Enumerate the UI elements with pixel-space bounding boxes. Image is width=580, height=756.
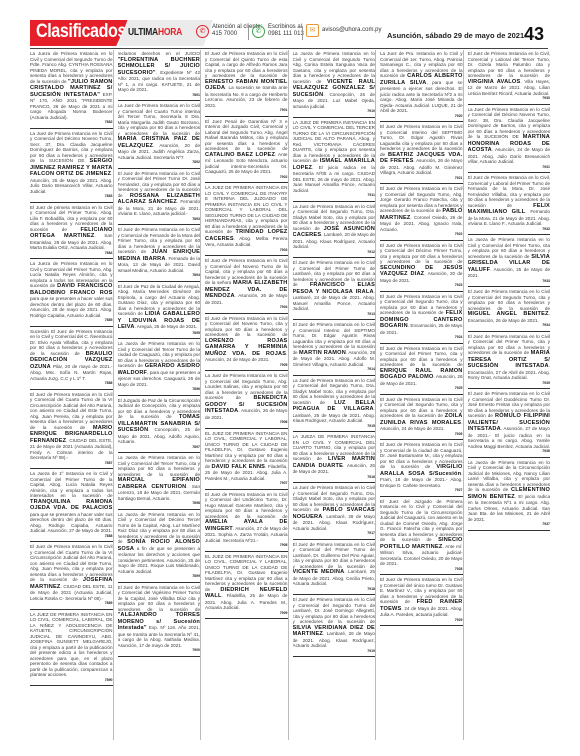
whatsapp-icon: ✆ [252, 25, 265, 38]
legal-notice: La Juez de Primera Instancia en lo Civil… [205, 372, 288, 429]
legal-notice: La Jueza de Primera Instancia en lo Civi… [30, 50, 113, 129]
legal-notice: El Juez de Primera Instancia en lo Civil… [293, 321, 376, 376]
legal-notice: El Juez de Primera Instancia en lo Civil… [205, 50, 288, 117]
legal-notice: El Juez de Primera Instancia en lo Civil… [468, 288, 551, 332]
notice-code: 7906 [205, 420, 288, 426]
notice-code: 7929 [380, 618, 463, 624]
section-title: Clasificados [36, 21, 126, 43]
legal-notice: La Jueza de Primera Instancia en lo Civi… [118, 511, 201, 583]
notice-code: 7933 [468, 279, 551, 285]
notice-code: 7907 [205, 481, 288, 487]
legal-notice: El Juez de Primera Instancia en lo Civil… [205, 257, 288, 314]
legal-notice: El Juez de Primera Instancia en lo Civil… [468, 50, 551, 105]
legal-notice: El Juez de Primera Instancia en lo Civil… [380, 242, 463, 292]
notice-code: 7923 [380, 283, 463, 289]
legal-notice: LA JUEZA DE PRIMERA INSTANCIA EN LO CIVI… [293, 433, 376, 483]
legal-notice: La Juez de Primera Instancia en lo Civil… [293, 377, 376, 433]
notice-code: 7918 [293, 587, 376, 593]
notice-code: 7936 [468, 449, 551, 455]
legal-notice: El Juez de Primera Instancia en lo Civil… [380, 441, 463, 497]
notice-code: 7932 [468, 227, 551, 233]
legal-notice: El Juez de Primera Instancia en lo Civil… [118, 170, 201, 226]
legal-notice: La Jueza de Primera Instancia en lo Civi… [118, 340, 201, 396]
notice-code: 7897 [118, 445, 201, 451]
header-rule [30, 48, 548, 49]
column-1: La Jueza de Primera Instancia en lo Civi… [30, 50, 114, 740]
notice-code: 7928 [380, 567, 463, 573]
divider [248, 26, 249, 40]
notice-code: 7922 [380, 232, 463, 238]
legal-notice: La Jueza de Primera Instancia en lo Civi… [30, 260, 113, 327]
legal-notice: El Juez del Juzgado de Primera Instancia… [380, 498, 463, 576]
issue-date: Asunción, sábado 29 de mayo de 2021 [387, 31, 524, 40]
legal-notice: El Juzgado de Paz de la Circunscripción … [118, 397, 201, 454]
legal-notice: La Jueza de Primera Instancia en lo Civi… [118, 454, 201, 510]
notice-code: 7904 [205, 305, 288, 311]
contact-whatsapp: ✆ Escribinos al0981 111 013 [252, 24, 304, 38]
notice-code: 7908 [205, 543, 288, 549]
notice-code: 7935 [468, 381, 551, 387]
classifieds-columns: La Jueza de Primera Instancia en lo Civi… [30, 50, 550, 740]
legal-notice: El Juez de Primera Instancia en lo Civil… [293, 259, 376, 320]
legal-notice: El Juez de Paz de la Ciudad de Areguá, A… [118, 283, 201, 340]
legal-notice: LA JUEZ DE PRIMERA INSTANCIA EN LO CIVIL… [205, 184, 288, 256]
notice-code: 7911 [293, 193, 376, 199]
notice-code: 7903 [205, 248, 288, 254]
legal-notice: El Juez de Primera Instancia en lo Civil… [118, 226, 201, 282]
notice-code: 7899 [118, 574, 201, 580]
notice-code: 7888 [30, 534, 113, 540]
notice-code: 7886 [30, 381, 113, 387]
notice-code: 7898 [118, 501, 201, 507]
legal-notice: La Juez de Pra. Instancia en lo Civil y … [380, 50, 463, 122]
newspaper-logo: ULTIMAHORA [128, 27, 182, 38]
notice-deceased-name: TRANQUILINA RAMONA OJEDA VDA. DE PALACIO… [30, 499, 113, 512]
notice-code: 7891 [118, 93, 201, 99]
legal-notice: El Juez de Primera Instancia en lo Civil… [205, 491, 288, 552]
notice-code: 7920 [380, 114, 463, 120]
notice-deceased-name: VICENTE MEDINA [293, 569, 345, 575]
legal-notice: El Juez de Primera Instancia en lo Civil… [468, 333, 551, 390]
page-number: 43 [524, 24, 544, 45]
legal-notice: El Juez de Primera Instancia en lo Civil… [468, 390, 551, 458]
legal-notice: EL JUEZ DE PRIMERA INSTANCIA EN LO CIVIL… [205, 430, 288, 490]
notice-code: 7884 [30, 251, 113, 257]
legal-notice: El Juez de Primera Instancia en lo Civil… [380, 396, 463, 441]
notice-code: 7905 [205, 363, 288, 369]
notice-deceased-name: DAVID FALK ENNS [212, 464, 266, 470]
legal-notice: La Jueza de Primera Instancia en lo Civi… [468, 459, 551, 531]
notice-code: 7912 [293, 250, 376, 256]
legal-notice: La Juez de Primera Instancia en lo Civil… [468, 106, 551, 174]
notice-code: 7927 [380, 488, 463, 494]
notice-code: 7892 [118, 160, 201, 166]
notice-deceased-name: MARTIN RAMON [299, 350, 346, 356]
notice-code: 7895 [118, 331, 201, 337]
notice-code: 7900 [118, 648, 201, 654]
column-6: El Juez de Primera Instancia en lo Civil… [468, 50, 551, 740]
notice-code: 7924 [380, 335, 463, 341]
notice-code: 7882 [30, 120, 113, 126]
notice-code: 7889 [30, 601, 113, 607]
notice-code: 7925 [380, 386, 463, 392]
legal-notice: El Juez de Primera Instancia en lo Civil… [380, 293, 463, 344]
legal-notice: El Juez de Primera Instancia en lo Civil… [380, 185, 463, 241]
notice-code: 7883 [30, 194, 113, 200]
notice-code: 7937 [468, 522, 551, 528]
legal-notice: La Juez de Primera Instancia en lo Civil… [293, 484, 376, 540]
legal-notice: El Juez de Primera Instancia en lo Civil… [380, 345, 463, 395]
notice-code: 7887 [30, 461, 113, 467]
legal-notice: La Juez de Primera Instancia en lo Civil… [118, 102, 201, 169]
notice-code: 7915 [293, 424, 376, 430]
notice-deceased-name: LORENZO ROJAS GAMARRA Y HERMINIA MUÑOZ V… [205, 338, 288, 357]
column-5: La Juez de Pra. Instancia en lo Civil y … [380, 50, 464, 740]
divider [302, 26, 303, 40]
notice-code: 7890 [30, 678, 113, 684]
notice-deceased-name: MIGUEL ANGEL BENITEZ [468, 311, 549, 317]
legal-notice: El Juez de Primera Instancia en lo Civil… [293, 596, 376, 657]
column-2: reclamos derechos en el JUICIO "FLORENTI… [118, 50, 202, 740]
legal-notice: La Juez de Primera Instancia en lo Civil… [30, 130, 113, 203]
legal-notice: El Juez de Primera Instancia en lo Civil… [30, 391, 113, 470]
notice-code: 7919 [293, 649, 376, 655]
notice-code: 7885 [30, 318, 113, 324]
notice-code: 7916 [293, 475, 376, 481]
legal-notice: El Juez de Primera Instancia en lo Civil… [293, 541, 376, 596]
legal-notice: El Juez de Primera Instancia en lo Civil… [380, 123, 463, 184]
legal-notice: LA JUEZ DE PRIMERA INSTANCIA EN LO CIVIL… [293, 119, 376, 202]
legal-notice: El Juez de Primera Instancia en lo Civil… [118, 584, 201, 657]
notice-code: 7931 [468, 165, 551, 171]
legal-notice: EL JUEZ DE PRIMERA INSTANCIA EN LO CIVIL… [205, 553, 288, 620]
legal-notice: La Jueza de Primera Instancia en lo Civi… [293, 50, 376, 118]
notice-code: 7909 [205, 611, 288, 617]
legal-notice: LA JUEZ DE PRIMERA INSTANCIA EN LO CIVIL… [30, 611, 113, 687]
column-4: La Jueza de Primera Instancia en lo Civi… [293, 50, 377, 740]
legal-notice: La Jueza de Primera Instancia en lo Civi… [468, 236, 551, 287]
legal-notice: reclamos derechos en el JUICIO "FLORENTI… [118, 50, 201, 101]
notice-code: 7934 [468, 323, 551, 329]
legal-notice: El Juez Penal de Garantías Nº 3 e Interi… [205, 118, 288, 184]
notice-code: 7910 [293, 109, 376, 115]
legal-notice: La Juez de Primera Instancia en lo Civil… [293, 203, 376, 259]
notice-code: 7926 [380, 432, 463, 438]
legal-notice: El Juez de primera Instancia en lo Civil… [30, 204, 113, 260]
notice-code: 7930 [468, 96, 551, 102]
notice-code: 7913 [293, 312, 376, 318]
notice-deceased-name: CATALINO BAEZ LOPEZ [205, 152, 275, 158]
phone-icon: ✆ [196, 25, 209, 38]
legal-notice: El Juez de Primera Instancia en lo Civil… [468, 174, 551, 235]
legal-notice: La Jueza de 1º Instancia en lo Civil y C… [30, 470, 113, 542]
notice-code: 7921 [380, 176, 463, 182]
notice-code: 7914 [293, 367, 376, 373]
page-header: Clasificados ULTIMAHORA ✆ Atención al cl… [0, 18, 580, 46]
legal-notice: Sucesión El Juez de Primera Instancia en… [30, 328, 113, 390]
notice-code: 7902 [205, 175, 288, 181]
contact-email: ✉ avisos@uhora.com.py [306, 24, 381, 37]
notice-code: 7893 [118, 217, 201, 223]
legal-notice: El Juez de Primera Instancia en lo Civil… [205, 315, 288, 372]
notice-code: 7901 [205, 108, 288, 114]
notice-code: 7894 [118, 273, 201, 279]
notice-code: 7896 [118, 387, 201, 393]
notice-deceased-name: VIRGINIA AVALOS [468, 79, 521, 85]
legal-notice: El Juez de Primera Instancia en lo Civil… [30, 543, 113, 610]
legal-notice: El Juez de Primera Instancia en lo Civil… [380, 576, 463, 626]
notice-code: 7917 [293, 531, 376, 537]
mail-icon: ✉ [306, 24, 319, 37]
column-3: El Juez de Primera Instancia en lo Civil… [205, 50, 289, 740]
